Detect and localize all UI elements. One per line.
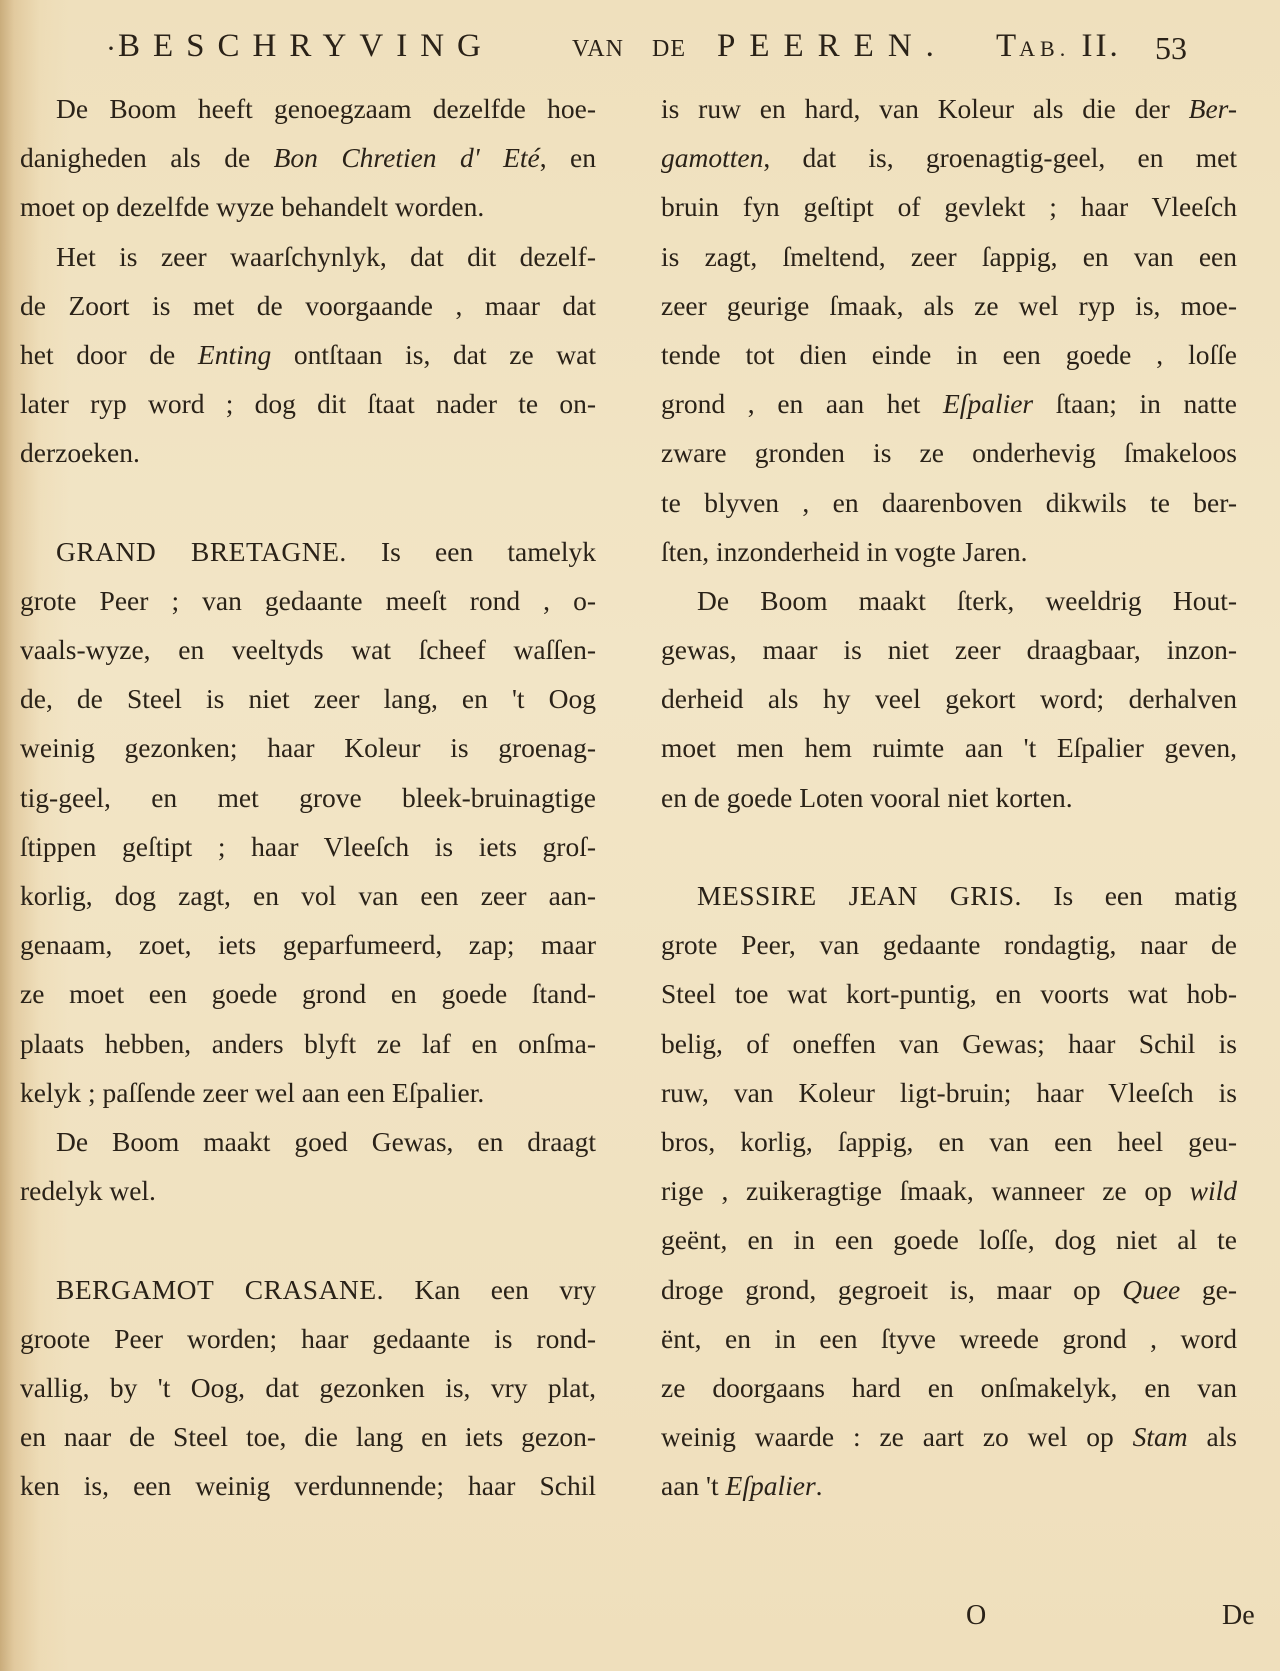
italic-term: gamotten: [661, 142, 763, 173]
italic-term: Stam: [1133, 1421, 1188, 1452]
text-line: de Zoort is met de voorgaande , maar dat: [20, 281, 596, 330]
text-line: moet op dezelfde wyze behandelt worden.: [20, 182, 596, 231]
paragraph-bergamot-continued: is ruw en hard, van Koleur als die der B…: [661, 84, 1237, 576]
section-title: BERGAMOT CRASANE.: [56, 1274, 384, 1305]
text-line: rige , zuikeragtige ſmaak, wanneer ze op…: [661, 1166, 1237, 1215]
text-line: ruw, van Koleur ligt-bruin; haar Vleeſch…: [661, 1068, 1237, 1117]
text-line: is zagt, ſmeltend, zeer ſappig, en van e…: [661, 232, 1237, 281]
left-column: De Boom heeft genoegzaam dezelfde hoe- d…: [20, 84, 596, 1510]
text-line: grote Peer, van gedaante rondagtig, naar…: [661, 920, 1237, 969]
text-line: kelyk ; paſſende zeer wel aan een Eſpali…: [20, 1068, 596, 1117]
text-line: grond , en aan het Eſpalier ſtaan; in na…: [661, 379, 1237, 428]
text-line: genaam, zoet, iets geparfumeerd, zap; ma…: [20, 920, 596, 969]
book-page: · BESCHRYVING VAN DE PEEREN. TAB. II. 53…: [0, 0, 1280, 1671]
text-line: zware gronden is ze onderhevig ſmakeloos: [661, 428, 1237, 477]
paragraph-enting: Het is zeer waarſchynlyk, dat dit dezelf…: [20, 232, 596, 478]
italic-term: Enting: [198, 339, 271, 370]
text-line: moet men hem ruimte aan 't Eſpalier geve…: [661, 723, 1237, 772]
text-line: bros, korlig, ſappig, en van een heel ge…: [661, 1117, 1237, 1166]
text-line: gamotten, dat is, groenagtig-geel, en me…: [661, 133, 1237, 182]
text-line: ënt, en in een ſtyve wreede grond , word: [661, 1314, 1237, 1363]
text-line: belig, of oneffen van Gewas; haar Schil …: [661, 1019, 1237, 1068]
italic-term: Bon Chretien d' Eté: [274, 142, 540, 173]
page-footer: O De: [0, 1600, 1280, 1640]
text-line: MESSIRE JEAN GRIS. Is een matig: [661, 871, 1237, 920]
text-line: aan 't Eſpalier.: [661, 1461, 1237, 1510]
section-title: MESSIRE JEAN GRIS.: [697, 880, 1022, 911]
text-line: tig-geel, en met grove bleek-bruinagtige: [20, 773, 596, 822]
text-line: danigheden als de Bon Chretien d' Eté, e…: [20, 133, 596, 182]
text-line: Steel toe wat kort-puntig, en voorts wat…: [661, 969, 1237, 1018]
text-line: De Boom heeft genoegzaam dezelfde hoe-: [20, 84, 596, 133]
text-line: later ryp word ; dog dit ſtaat nader te …: [20, 379, 596, 428]
catchword: De: [1222, 1600, 1255, 1632]
page-number: 53: [1155, 30, 1187, 67]
text-line: Het is zeer waarſchynlyk, dat dit dezelf…: [20, 232, 596, 281]
header-tab-initial: T: [996, 28, 1019, 64]
text-line: ſtippen geſtipt ; haar Vleeſch is iets g…: [20, 822, 596, 871]
header-title-peeren: PEEREN.: [717, 28, 948, 65]
text-line: redelyk wel.: [20, 1166, 596, 1215]
header-tab-label: TAB. II.: [996, 28, 1121, 65]
text-line: ken is, een weinig verdunnende; haar Sch…: [20, 1461, 596, 1510]
paragraph-boom-growth: De Boom maakt ſterk, weeldrig Hout- gewa…: [661, 576, 1237, 822]
text-line: geënt, en in een goede loſſe, dog niet a…: [661, 1215, 1237, 1264]
text-line: groote Peer worden; haar gedaante is ron…: [20, 1314, 596, 1363]
text-line: korlig, dog zagt, en vol van een zeer aa…: [20, 871, 596, 920]
text-line: ze moet een goede grond en goede ſtand-: [20, 969, 596, 1018]
right-column: is ruw en hard, van Koleur als die der B…: [661, 84, 1237, 1510]
text-line: bruin fyn geſtipt of gevlekt ; haar Vlee…: [661, 182, 1237, 231]
text-line: gewas, maar is niet zeer draagbaar, inzo…: [661, 625, 1237, 674]
text-line: weinig gezonken; haar Koleur is groenag-: [20, 723, 596, 772]
text-line: De Boom maakt ſterk, weeldrig Hout-: [661, 576, 1237, 625]
italic-term: wild: [1190, 1175, 1237, 1206]
text-line: ze doorgaans hard en onſmakelyk, en van: [661, 1363, 1237, 1412]
signature-mark: O: [966, 1600, 986, 1632]
text-line: BERGAMOT CRASANE. Kan een vry: [20, 1265, 596, 1314]
text-line: en de goede Loten vooral niet korten.: [661, 773, 1237, 822]
text-line: derzoeken.: [20, 428, 596, 477]
section-bergamot-crasane: BERGAMOT CRASANE. Kan een vry groote Pee…: [20, 1265, 596, 1511]
running-header: · BESCHRYVING VAN DE PEEREN. TAB. II. 53: [0, 28, 1280, 72]
italic-term: Ber-: [1189, 93, 1237, 124]
text-line: vaals-wyze, en veeltyds wat ſcheef waſſe…: [20, 625, 596, 674]
header-de: DE: [652, 36, 686, 63]
italic-term: Eſpalier: [726, 1470, 816, 1501]
text-line: GRAND BRETAGNE. Is een tamelyk: [20, 527, 596, 576]
text-line: is ruw en hard, van Koleur als die der B…: [661, 84, 1237, 133]
section-grand-bretagne: GRAND BRETAGNE. Is een tamelyk grote Pee…: [20, 527, 596, 1216]
text-line: De Boom maakt goed Gewas, en draagt: [20, 1117, 596, 1166]
text-line: ſten, inzonderheid in vogte Jaren.: [661, 527, 1237, 576]
text-line: droge grond, gegroeit is, maar op Quee g…: [661, 1265, 1237, 1314]
paragraph-boom-intro: De Boom heeft genoegzaam dezelfde hoe- d…: [20, 84, 596, 232]
text-line: grote Peer ; van gedaante meeſt rond , o…: [20, 576, 596, 625]
text-line: vallig, by 't Oog, dat gezonken is, vry …: [20, 1363, 596, 1412]
text-line: derheid als hy veel gekort word; derhalv…: [661, 674, 1237, 723]
header-tab-number: II.: [1081, 28, 1120, 64]
text-line: en naar de Steel toe, die lang en iets g…: [20, 1412, 596, 1461]
header-title-beschryving: BESCHRYVING: [118, 28, 494, 65]
italic-term: Eſpalier: [943, 388, 1033, 419]
italic-term: Quee: [1122, 1274, 1180, 1305]
header-tab-rest: AB.: [1019, 36, 1070, 61]
text-line: plaats hebben, anders blyft ze laf en on…: [20, 1019, 596, 1068]
text-line: zeer geurige ſmaak, als ze wel ryp is, m…: [661, 281, 1237, 330]
section-title: GRAND BRETAGNE.: [56, 536, 347, 567]
section-messire-jean-gris: MESSIRE JEAN GRIS. Is een matig grote Pe…: [661, 871, 1237, 1510]
text-line: de, de Steel is niet zeer lang, en 't Oo…: [20, 674, 596, 723]
text-line: het door de Enting ontſtaan is, dat ze w…: [20, 330, 596, 379]
header-dot: ·: [106, 32, 116, 66]
text-line: weinig waarde : ze aart zo wel op Stam a…: [661, 1412, 1237, 1461]
text-line: te blyven , en daarenboven dikwils te be…: [661, 478, 1237, 527]
text-line: tende tot dien einde in een goede , loſſ…: [661, 330, 1237, 379]
header-van: VAN: [572, 36, 624, 63]
